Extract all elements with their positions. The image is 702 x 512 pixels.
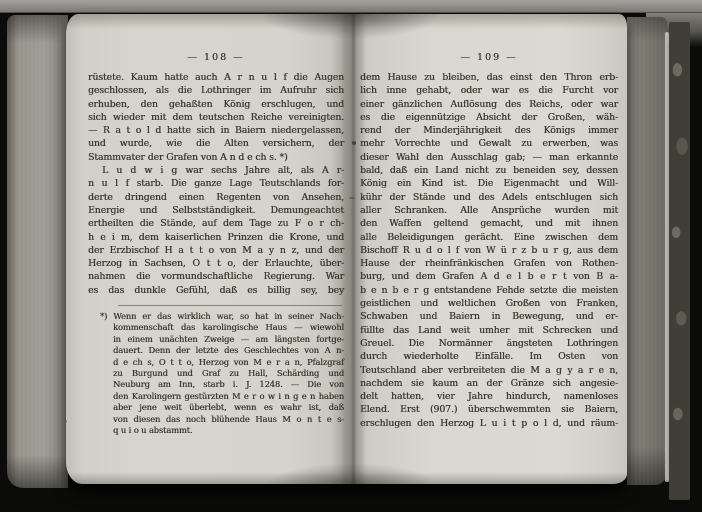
footnote-line: kommenschaft das karolingische Haus — wi… (88, 322, 344, 333)
body-line: füllte das Land weit umher mit Schrecken… (360, 324, 618, 337)
body-line: L u d w i g war sechs Jahre alt, als A r… (88, 164, 344, 177)
footnote-line: aber jene weit überlebt, wenn es wahr is… (88, 402, 344, 413)
body-line: durch wiederholte Einfälle. Im Osten von (360, 350, 618, 363)
body-line: dem Hause zu bleiben, das einst den Thro… (360, 71, 618, 84)
body-line: erschlugen den Herzog L u i t p o l d, u… (360, 417, 618, 430)
body-line: rend der Minderjährigkeit des Königs imm… (360, 124, 618, 137)
body-line: Stammvater der Grafen von A n d e ch s. … (88, 151, 344, 164)
right-page: — 109 — dem Hause zu bleiben, das einst … (360, 51, 618, 430)
right-page-body: dem Hause zu bleiben, das einst den Thro… (360, 71, 618, 430)
left-page: — 108 — rüstete. Kaum hatte auch A r n u… (88, 51, 344, 436)
footnote-line: q u i o u abstammt. (88, 425, 344, 436)
paragraph: L u d w i g war sechs Jahre alt, als A r… (88, 164, 344, 297)
body-line: den Waffen geltend gemacht, und mit ihne… (360, 217, 618, 230)
footnote-line: Neuburg am Inn, starb i. J. 1248. — Die … (88, 379, 344, 390)
body-line: burg, und dem Grafen A d e l b e r t von… (360, 270, 618, 283)
body-line: b e n b e r g entstandene Fehde setzte d… (360, 284, 618, 297)
footnote-line: in einem unächten Zweige — am längsten f… (88, 334, 344, 345)
body-line: Herzog in Sachsen, O t t o, der Erlaucht… (88, 257, 344, 270)
body-line: der Erzbischof H a t t o von M a y n z, … (88, 244, 344, 257)
page-number-left: — 108 — (88, 51, 344, 64)
body-line: Bischoff R u d o l f von W ü r z b u r g… (360, 244, 618, 257)
body-line: erhuben, den gehaßten König erschlugen, … (88, 98, 344, 111)
paragraph: rüstete. Kaum hatte auch A r n u l f die… (88, 71, 344, 164)
body-line: — R a t o l d hatte sich in Baiern niede… (88, 124, 344, 137)
body-line: alle Beleidigungen gerächt. Eine zwische… (360, 231, 618, 244)
body-line: h e i m, dem kaiserlichen Prinzen die Kr… (88, 231, 344, 244)
body-line: Teutschland aber verbreiteten die M a g … (360, 364, 618, 377)
footnote-line: dauert. Denn der letzte des Geschlechtes… (88, 345, 344, 356)
footnote-line: zu Burgund und Graf zu Hall, Schärding u… (88, 368, 344, 379)
body-line: kühr der Stände und des Adels entschluge… (360, 191, 618, 204)
pencil-dash-mark (349, 197, 355, 199)
body-line: dieser Wahl den Ausschlag gab; — man erk… (360, 151, 618, 164)
body-line: n u l f starb. Die ganze Lage Teutschlan… (88, 177, 344, 190)
body-line: derte dringend einen Regenten von Ansehe… (88, 191, 344, 204)
body-line: Energie und Selbstständigkeit. Demungeac… (88, 204, 344, 217)
footnote-line: *) Wenn er das wirklich war, so hat in s… (88, 311, 344, 322)
body-line: Schwaben und Baiern in Bewegung, und er- (360, 310, 618, 323)
footnote-line: von diesen das noch blühende Haus M o n … (88, 414, 344, 425)
body-line: ertheilten die Stände, auf dem Tage zu F… (88, 217, 344, 230)
body-line: und wurde, wie die Alten versichern, der (88, 137, 344, 150)
body-line: einer gänzlichen Auflösung des Reichs, o… (360, 98, 618, 111)
body-line: nachdem sie kaum an der Gränze sich ange… (360, 377, 618, 390)
shelf-edge (0, 0, 702, 13)
body-line: rüstete. Kaum hatte auch A r n u l f die… (88, 71, 344, 84)
body-line: Greuel. Die Normänner ängsteten Lothring… (360, 337, 618, 350)
left-page-body: rüstete. Kaum hatte auch A r n u l f die… (88, 71, 344, 297)
body-line: geistlichen und weltlichen Großen von Fr… (360, 297, 618, 310)
pencil-dot-mark (64, 420, 67, 423)
body-line: geschlossen, als die Lothringer im Aufru… (88, 84, 344, 97)
body-line: Hause der rheinfränkischen Grafen von Ro… (360, 257, 618, 270)
paragraph: dem Hause zu bleiben, das einst den Thro… (360, 71, 618, 430)
page-number-right: — 109 — (360, 51, 618, 64)
footnote: *) Wenn er das wirklich war, so hat in s… (88, 311, 344, 436)
body-line: sich wieder mit dem teutschen Reiche ver… (88, 111, 344, 124)
body-line: mehr Vorrechte und Gewalt zu erwerben, w… (360, 137, 618, 150)
footnote-line: den Karolingern gestürzten M e r o w i n… (88, 391, 344, 402)
footnote-rule (118, 305, 342, 306)
body-line: delt hatten, vier Jahre hindurch, namenl… (360, 390, 618, 403)
body-line: König ein Kind ist. Die Eigenmacht und W… (360, 177, 618, 190)
fore-edge-right (627, 17, 667, 485)
body-line: lich inne gehabt, oder war es die Furcht… (360, 84, 618, 97)
body-line: es die eigennützige Absicht der Großen, … (360, 111, 618, 124)
body-line: bald, daß ein Land nicht zu beneiden sey… (360, 164, 618, 177)
pencil-dot-mark (352, 141, 356, 145)
body-line: es das dunkle Gefühl, daß es billig sey,… (88, 284, 344, 297)
marbled-cover-edge (669, 22, 690, 500)
footnote-line: d e ch s, O t t o, Herzog von M e r a n,… (88, 357, 344, 368)
book-photo: — 108 — rüstete. Kaum hatte auch A r n u… (0, 0, 702, 512)
body-line: Elend. Erst (907.) überschwemmten sie Ba… (360, 403, 618, 416)
body-line: aller Schranken. Alle Ansprüche wurden m… (360, 204, 618, 217)
body-line: nahmen die vormundschaftliche Regierung.… (88, 270, 344, 283)
fore-edge-left (7, 15, 68, 488)
